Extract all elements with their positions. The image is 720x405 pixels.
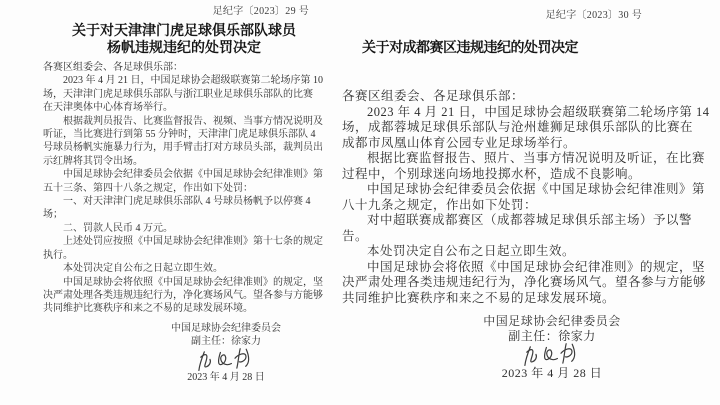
right-document-page: 足纪字〔2023〕30 号 关于对成都赛区违规违纪的处罚决定 各赛区组委会、各足… — [342, 9, 714, 381]
left-doc-body: 各赛区组委会、各足球俱乐部： 2023 年 4 月 21 日，中国足球协会超级联… — [43, 61, 325, 316]
right-paragraph-4: 对中超联赛成都赛区（成都蓉城足球俱乐部主场）予以警 告。 — [342, 213, 714, 244]
right-closing-date: 2023 年 4 月 28 日 — [470, 366, 634, 381]
right-paragraph-1: 2023 年 4 月 21 日，中国足球协会超级联赛第二轮场序第 14 场，成都… — [342, 105, 714, 152]
left-paragraph-4: 一、对天津津门虎足球俱乐部队 4 号球员杨帆予以停赛 4 场； — [43, 195, 325, 222]
left-paragraph-2: 根据裁判员报告、比赛监督报告、视频、当事方情况说明及 听证，当比赛进行到第 55… — [43, 115, 325, 169]
right-paragraph-6: 中国足球协会将依照《中国足球协会纪律准则》的规定，坚 决严肃处理各类违规违纪行为… — [342, 260, 714, 307]
right-paragraph-5: 本处罚决定自公布之日起立即生效。 — [342, 244, 714, 260]
right-closing-signer: 副主任：徐家力 — [470, 329, 634, 344]
left-doc-number: 足纪字〔2023〕29 号 — [43, 5, 325, 18]
right-paragraph-3: 中国足球协会纪律委员会依据《中国足球协会纪律准则》第 八十九条之规定，作出如下处… — [342, 182, 714, 213]
right-doc-title: 关于对成都赛区违规违纪的处罚决定 — [362, 39, 578, 58]
signature-handwriting-icon — [143, 347, 309, 371]
right-paragraph-2: 根据比赛监督报告、照片、当事方情况说明及听证，在比赛 过程中，个别球迷向场地投掷… — [342, 151, 714, 182]
left-salutation: 各赛区组委会、各足球俱乐部： — [43, 61, 325, 74]
left-paragraph-5: 二、罚款人民币 4 万元。 — [43, 222, 325, 235]
left-paragraph-7: 本处罚决定自公布之日起立即生效。 — [43, 262, 325, 275]
right-closing-block: 中国足球协会纪律委员会 副主任：徐家力 2023 年 4 月 28 日 — [470, 314, 634, 381]
left-closing-date: 2023 年 4 月 28 日 — [143, 371, 309, 384]
left-document-page: 足纪字〔2023〕29 号 关于对天津津门虎足球俱乐部队球员 杨帆违规违纪的处罚… — [43, 5, 325, 384]
scanned-documents-page: { "page": { "background": "#fdfdfd", "te… — [0, 0, 720, 405]
right-doc-body: 各赛区组委会、各足球俱乐部： 2023 年 4 月 21 日，中国足球协会超级联… — [342, 89, 714, 306]
right-closing-org: 中国足球协会纪律委员会 — [470, 314, 634, 329]
signature-handwriting-icon — [470, 342, 634, 366]
left-closing-block: 中国足球协会纪律委员会 副主任：徐家力 2023 年 4 月 28 日 — [143, 322, 309, 384]
left-doc-title: 关于对天津津门虎足球俱乐部队球员 杨帆违规违纪的处罚决定 — [43, 23, 325, 57]
left-paragraph-6: 上述处罚应按照《中国足球协会纪律准则》第十七条的规定 执行。 — [43, 235, 325, 262]
left-paragraph-3: 中国足球协会纪律委员会依据《中国足球协会纪律准则》第 五十三条、第四十八条之规定… — [43, 168, 325, 195]
left-paragraph-1: 2023 年 4 月 21 日，中国足球协会超级联赛第二轮场序第 10 场，天津… — [43, 74, 325, 114]
left-closing-org: 中国足球协会纪律委员会 — [143, 322, 309, 335]
right-doc-number: 足纪字〔2023〕30 号 — [342, 9, 714, 22]
right-salutation: 各赛区组委会、各足球俱乐部： — [342, 89, 714, 105]
left-paragraph-8: 中国足球协会将依照《中国足球协会纪律准则》的规定，坚 决严肃处理各类违规违纪行为… — [43, 276, 325, 316]
